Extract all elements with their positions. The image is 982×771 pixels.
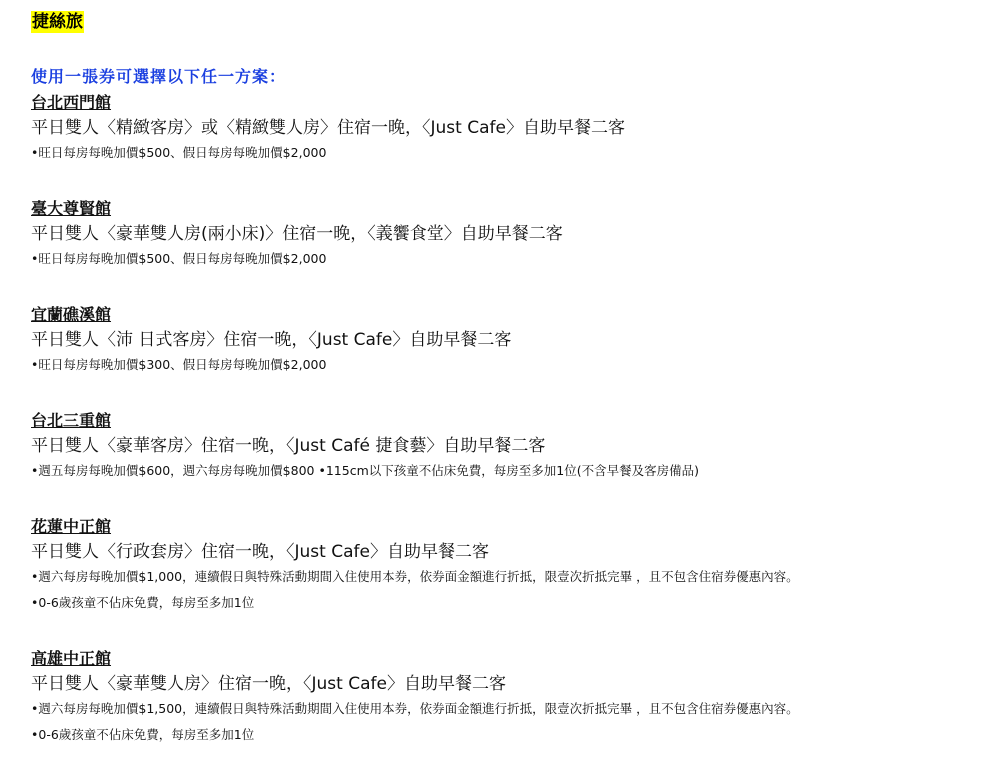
- hotel-note: •週六每房每晚加價$1,500，連續假日與特殊活動期間入住使用本券，依券面金額進…: [31, 700, 799, 726]
- hotel-name: 高雄中正館: [31, 648, 799, 672]
- hotel-name: 台北西門館: [31, 92, 625, 116]
- brand-title: 捷絲旅: [31, 11, 84, 33]
- hotel-section-taipei-sanchong: 台北三重館 平日雙人〈豪華客房〉住宿一晚，〈Just Café 捷食藝〉自助早餐…: [31, 410, 699, 488]
- hotel-offer: 平日雙人〈沛 日式客房〉住宿一晚，〈Just Cafe〉自助早餐二客: [31, 328, 511, 356]
- hotel-name: 花蓮中正館: [31, 516, 799, 540]
- hotel-section-taipei-ximen: 台北西門館 平日雙人〈精緻客房〉或〈精緻雙人房〉住宿一晚，〈Just Cafe〉…: [31, 92, 625, 170]
- hotel-offer: 平日雙人〈豪華雙人房(兩小床)〉住宿一晚，〈義饗食堂〉自助早餐二客: [31, 222, 563, 250]
- hotel-name: 臺大尊賢館: [31, 198, 563, 222]
- hotel-section-kaohsiung-zhongzheng: 高雄中正館 平日雙人〈豪華雙人房〉住宿一晚，〈Just Cafe〉自助早餐二客 …: [31, 648, 799, 752]
- hotel-offer: 平日雙人〈行政套房〉住宿一晚，〈Just Cafe〉自助早餐二客: [31, 540, 799, 568]
- hotel-note: •0-6歲孩童不佔床免費，每房至多加1位: [31, 594, 799, 620]
- hotel-offer: 平日雙人〈豪華雙人房〉住宿一晚，〈Just Cafe〉自助早餐二客: [31, 672, 799, 700]
- hotel-offer: 平日雙人〈精緻客房〉或〈精緻雙人房〉住宿一晚，〈Just Cafe〉自助早餐二客: [31, 116, 625, 144]
- hotel-offer: 平日雙人〈豪華客房〉住宿一晚，〈Just Café 捷食藝〉自助早餐二客: [31, 434, 699, 462]
- hotel-name: 宜蘭礁溪館: [31, 304, 511, 328]
- hotel-note: •旺日每房每晚加價$500、假日每房每晚加價$2,000: [31, 144, 625, 170]
- hotel-name: 台北三重館: [31, 410, 699, 434]
- hotel-note: •0-6歲孩童不佔床免費，每房至多加1位: [31, 726, 799, 752]
- hotel-note: •週六每房每晚加價$1,000，連續假日與特殊活動期間入住使用本券，依券面金額進…: [31, 568, 799, 594]
- intro-heading: 使用一張券可選擇以下任一方案：: [31, 66, 286, 88]
- hotel-section-ntu: 臺大尊賢館 平日雙人〈豪華雙人房(兩小床)〉住宿一晚，〈義饗食堂〉自助早餐二客 …: [31, 198, 563, 276]
- hotel-section-hualien-zhongzheng: 花蓮中正館 平日雙人〈行政套房〉住宿一晚，〈Just Cafe〉自助早餐二客 •…: [31, 516, 799, 620]
- hotel-note: •旺日每房每晚加價$500、假日每房每晚加價$2,000: [31, 250, 563, 276]
- hotel-note: •週五每房每晚加價$600，週六每房每晚加價$800 •115cm以下孩童不佔床…: [31, 462, 699, 488]
- hotel-note: •旺日每房每晚加價$300、假日每房每晚加價$2,000: [31, 356, 511, 382]
- hotel-section-yilan-jiaoxi: 宜蘭礁溪館 平日雙人〈沛 日式客房〉住宿一晚，〈Just Cafe〉自助早餐二客…: [31, 304, 511, 382]
